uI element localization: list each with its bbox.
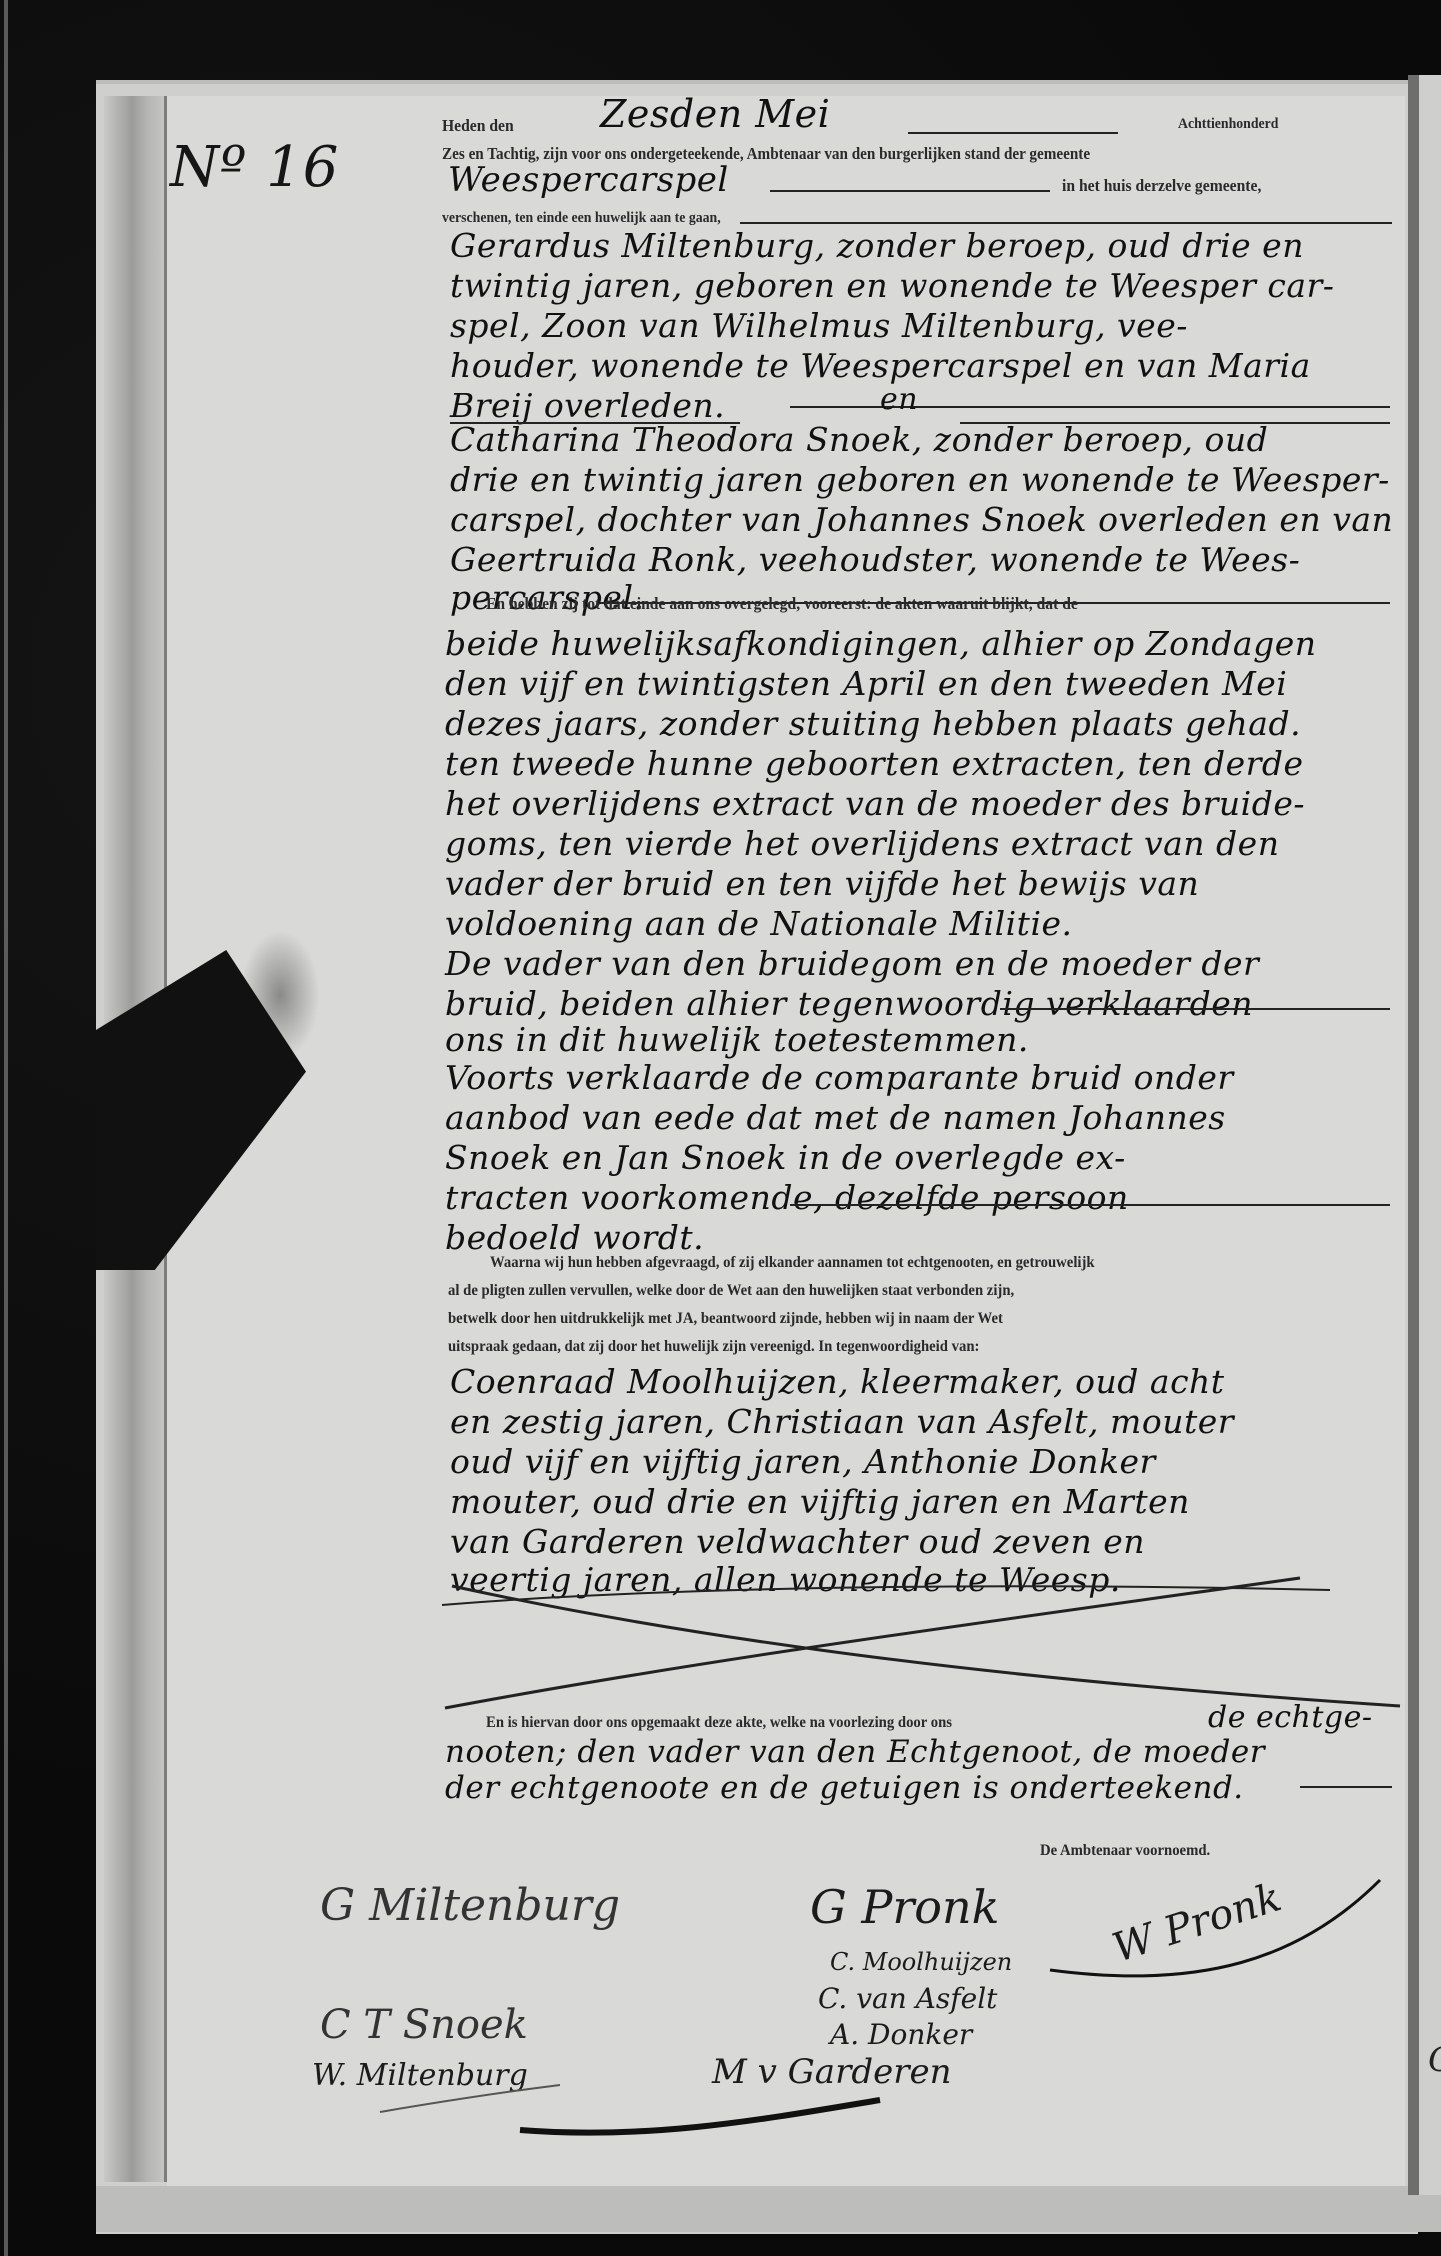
signature-flourishes [0,0,1441,2256]
